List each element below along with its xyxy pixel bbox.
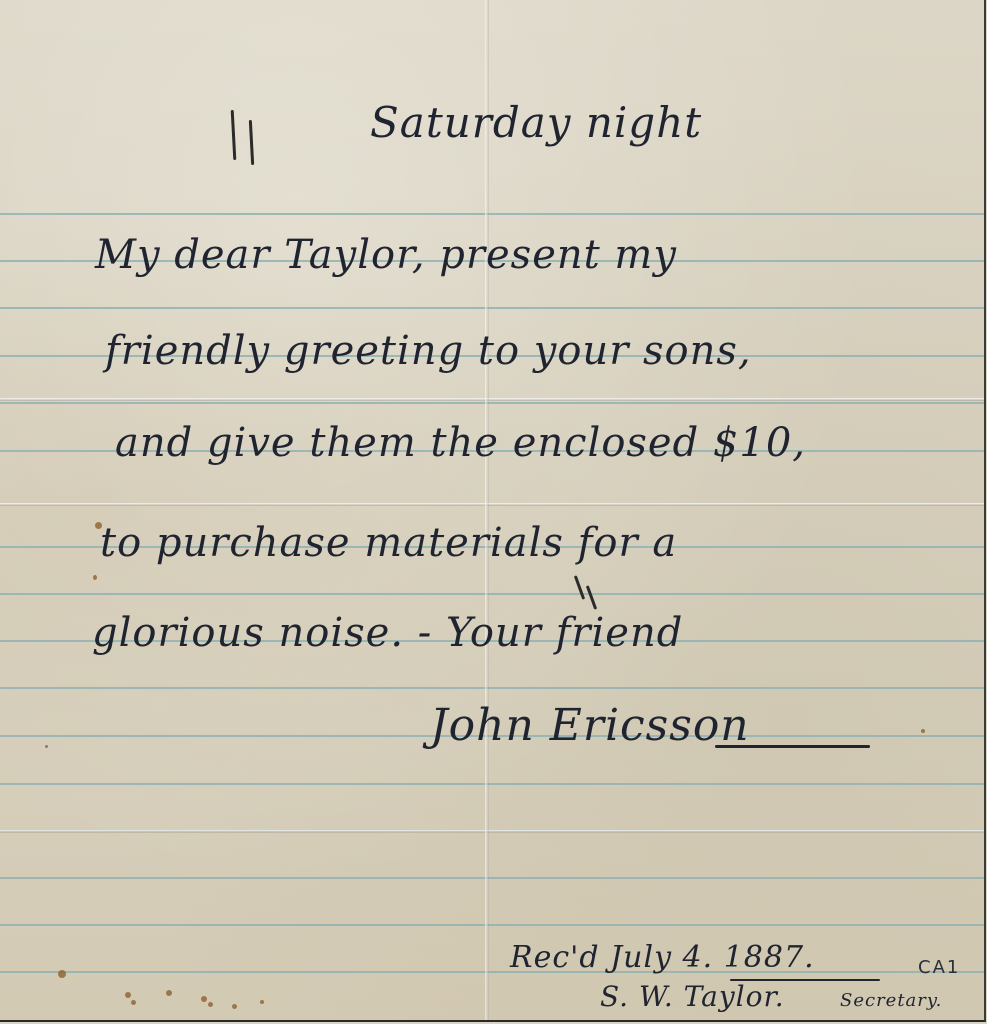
- stain-spot: [45, 745, 48, 748]
- ruled-line: [0, 687, 984, 689]
- pencil-mark: [574, 575, 585, 600]
- letter-heading: Saturday night: [370, 98, 702, 147]
- stain-spot: [166, 990, 172, 996]
- paper-fold: [0, 503, 984, 506]
- stain-spot: [58, 970, 66, 978]
- endorsement-underline: [730, 979, 880, 981]
- letter-signature: John Ericsson: [430, 700, 750, 751]
- stain-spot: [125, 992, 131, 998]
- letter-line: friendly greeting to your sons,: [105, 328, 752, 374]
- ruled-line: [0, 924, 984, 926]
- ruled-line: [0, 783, 984, 785]
- letter-line: to purchase materials for a: [100, 520, 677, 566]
- ruled-line: [0, 213, 984, 215]
- stain-spot: [208, 1002, 213, 1007]
- stain-spot: [232, 1004, 237, 1009]
- ruled-line: [0, 307, 984, 309]
- signature-underline: [715, 745, 870, 748]
- ruled-line: [0, 593, 984, 595]
- pencil-mark: [249, 120, 254, 165]
- ruled-line: [0, 402, 984, 404]
- clerk-title: Secretary.: [840, 990, 942, 1011]
- letter-line: and give them the enclosed $10,: [115, 420, 806, 466]
- ruled-line: [0, 877, 984, 879]
- stain-spot: [93, 575, 97, 580]
- letter-line: My dear Taylor, present my: [95, 232, 677, 278]
- pencil-mark: [586, 585, 597, 610]
- ruled-line: [0, 971, 984, 973]
- received-date: Rec'd July 4. 1887.: [510, 940, 815, 975]
- catalog-mark: CA1: [918, 957, 960, 978]
- stain-spot: [131, 1000, 136, 1005]
- pencil-mark: [231, 110, 237, 160]
- paper-fold: [0, 398, 984, 401]
- letter-line: glorious noise. - Your friend: [92, 610, 683, 656]
- stain-spot: [201, 996, 207, 1002]
- clerk-signature: S. W. Taylor.: [600, 980, 785, 1013]
- stain-spot: [260, 1000, 264, 1004]
- paper-fold: [0, 830, 984, 833]
- paper-fold-vertical: [485, 0, 489, 1020]
- stain-spot: [921, 729, 925, 733]
- letter-page: Saturday night My dear Taylor, present m…: [0, 0, 986, 1022]
